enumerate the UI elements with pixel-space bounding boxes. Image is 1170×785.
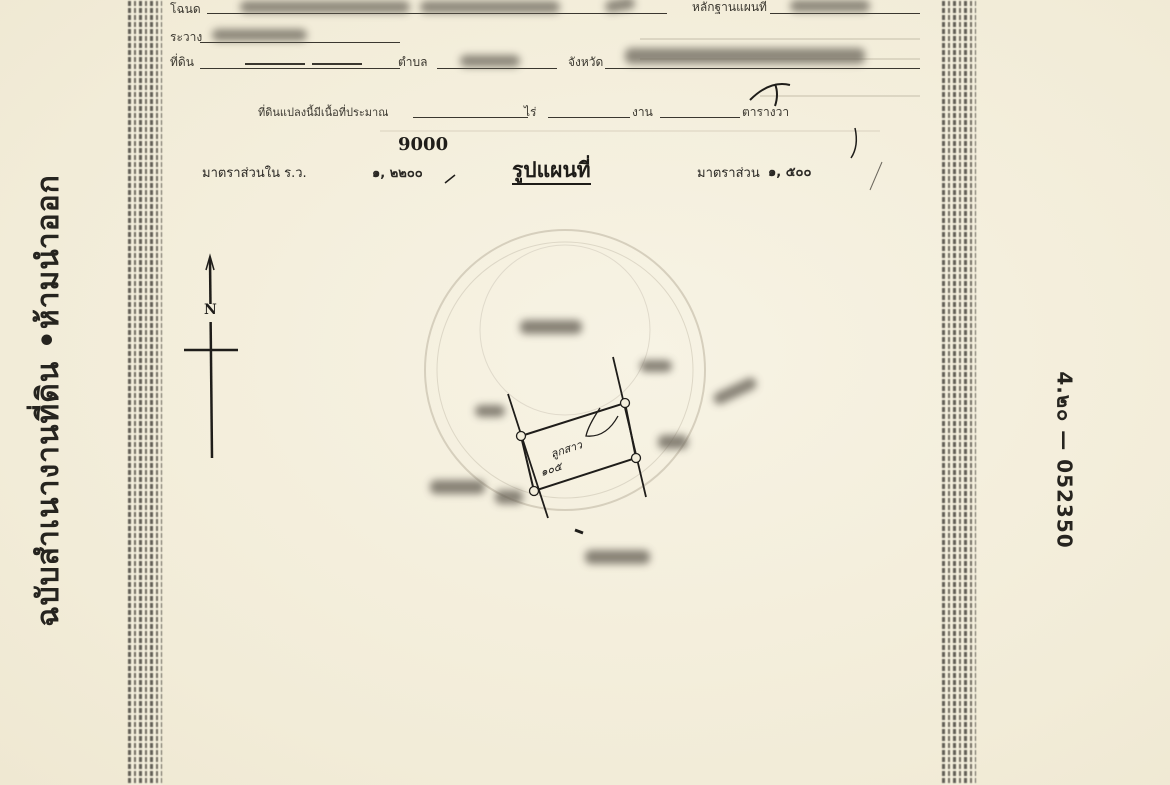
map-title: รูปแผนที่	[512, 158, 591, 185]
part-scale-value: ๑, ๕๐๐	[768, 161, 811, 182]
deed-page: ฉบับสำเนางานที่ดิน •ห้ามนำออก 4.๒๐ — 052…	[0, 0, 1170, 785]
sheet-scale-handwritten: 9000	[398, 134, 448, 155]
north-label: N	[204, 302, 217, 318]
sheet-scale-label: มาตราส่วนใน ร.ว.	[202, 162, 307, 183]
parcel-map	[400, 220, 780, 600]
north-arrow-icon	[180, 250, 250, 465]
part-scale-label: มาตราส่วน	[697, 162, 760, 183]
sheet-scale-value: ๑, ๒๒๐๐	[372, 162, 423, 183]
